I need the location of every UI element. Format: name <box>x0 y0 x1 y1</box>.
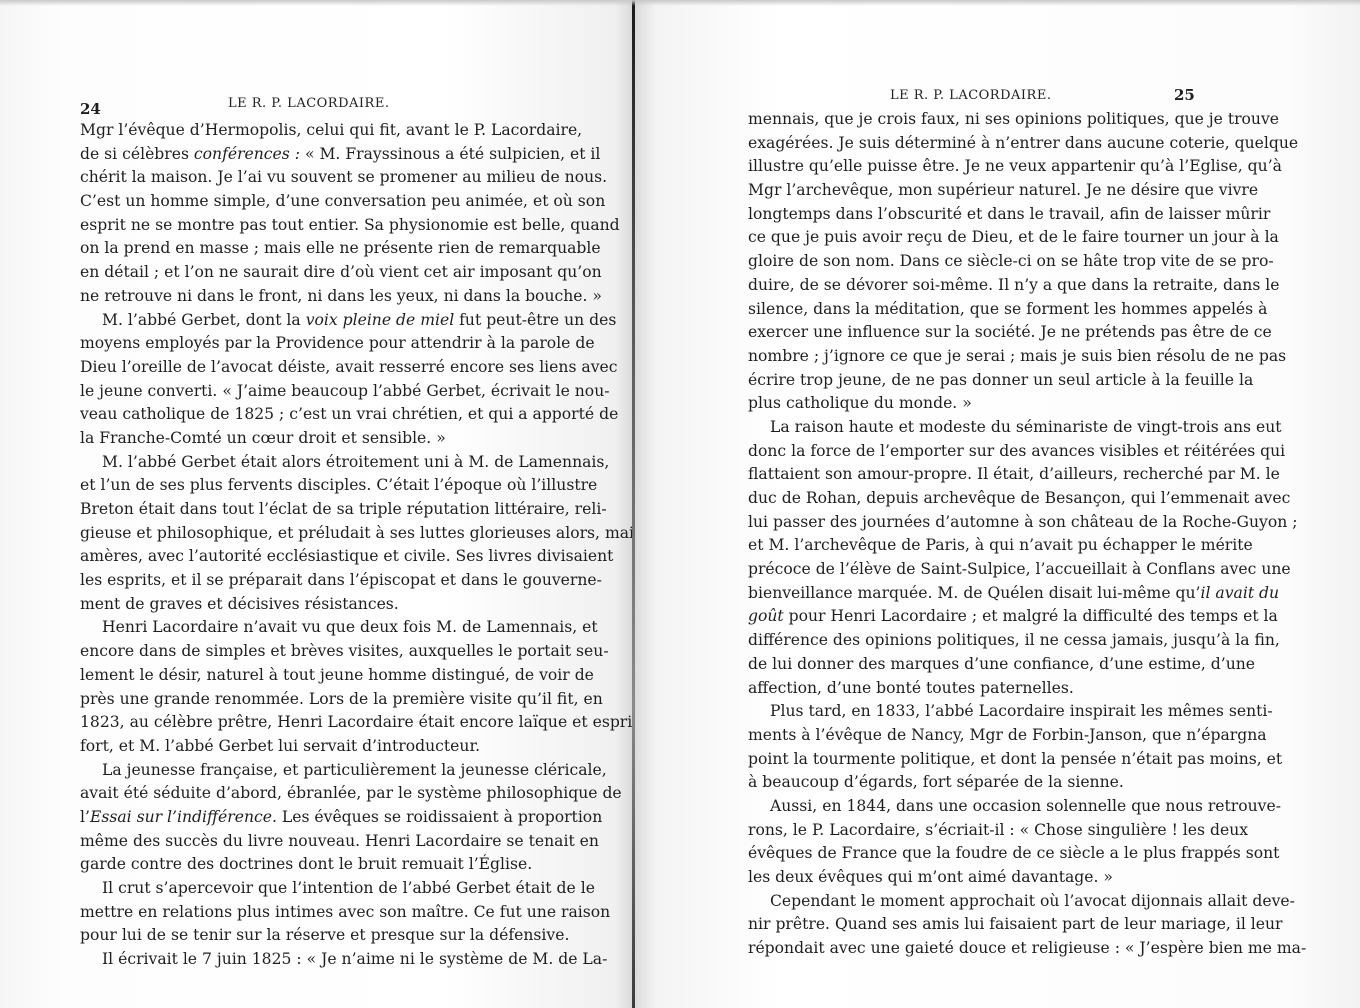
text-line: La raison haute et modeste du séminarist… <box>748 416 1196 440</box>
text-line: écrire trop jeune, de ne pas donner un s… <box>748 369 1196 393</box>
book-gutter <box>632 0 635 1008</box>
text-line: La jeunesse française, et particulièreme… <box>80 759 535 783</box>
text-line: Henri Lacordaire n’avait vu que deux foi… <box>80 616 535 640</box>
page-body-text: Mgr l’évêque d’Hermopolis, celui qui fit… <box>80 119 535 972</box>
text-line: ment de graves et décisives résistances. <box>80 593 535 617</box>
text-line: en détail ; et l’on ne saurait dire d’où… <box>80 261 535 285</box>
text-line: exercer une influence sur la société. Je… <box>748 321 1196 345</box>
text-line: Aussi, en 1844, dans une occasion solenn… <box>748 795 1196 819</box>
text-line: Plus tard, en 1833, l’abbé Lacordaire in… <box>748 700 1196 724</box>
text-line: amères, avec l’autorité ecclésiastique e… <box>80 545 535 569</box>
text-line: répondait avec une gaieté douce et relig… <box>748 937 1196 961</box>
text-line: flattaient son amour-propre. Il était, d… <box>748 463 1196 487</box>
text-line: la Franche-Comté un cœur droit et sensib… <box>80 427 535 451</box>
text-line: pour lui de se tenir sur la réserve et p… <box>80 924 535 948</box>
text-line: veau catholique de 1825 ; c’est un vrai … <box>80 403 535 427</box>
text-line: esprit ne se montre pas tout entier. Sa … <box>80 214 535 238</box>
page-body-text: mennais, que je crois faux, ni ses opini… <box>748 108 1196 961</box>
text-line: Cependant le moment approchait où l’avoc… <box>748 890 1196 914</box>
text-line: silence, dans la méditation, que se form… <box>748 298 1196 322</box>
text-line: nir prêtre. Quand ses amis lui faisaient… <box>748 913 1196 937</box>
text-line: fort, et M. l’abbé Gerbet lui servait d’… <box>80 735 535 759</box>
text-line: et M. l’archevêque de Paris, à qui n’ava… <box>748 534 1196 558</box>
text-line: M. l’abbé Gerbet était alors étroitement… <box>80 451 535 475</box>
text-line: près une grande renommée. Lors de la pre… <box>80 688 535 712</box>
text-line: plus catholique du monde. » <box>748 392 1196 416</box>
text-line: exagérées. Je suis déterminé à n’entrer … <box>748 132 1196 156</box>
text-line: chérit la maison. Je l’ai vu souvent se … <box>80 166 535 190</box>
text-line: rons, le P. Lacordaire, s’écriait-il : «… <box>748 819 1196 843</box>
text-line: de si célèbres conférences : « M. Frayss… <box>80 143 535 167</box>
text-line: l’Essai sur l’indifférence. Les évêques … <box>80 806 535 830</box>
text-line: goût pour Henri Lacordaire ; et malgré l… <box>748 605 1196 629</box>
text-line: les deux évêques qui m’ont aimé davantag… <box>748 866 1196 890</box>
text-line: garde contre des doctrines dont le bruit… <box>80 853 535 877</box>
text-line: Breton était dans tout l’éclat de sa tri… <box>80 498 535 522</box>
text-line: duc de Rohan, depuis archevêque de Besan… <box>748 487 1196 511</box>
running-head: LE R. P. LACORDAIRE. <box>228 96 389 111</box>
text-line: gieuse et philosophique, et préludait à … <box>80 522 535 546</box>
text-line: longtemps dans l’obscurité et dans le tr… <box>748 203 1196 227</box>
text-line: nombre ; j’ignore ce que je serai ; mais… <box>748 345 1196 369</box>
text-line: différence des opinions politiques, il n… <box>748 629 1196 653</box>
text-line: et l’un de ses plus fervents disciples. … <box>80 474 535 498</box>
text-line: on la prend en masse ; mais elle ne prés… <box>80 237 535 261</box>
text-line: lui passer des journées d’automne à son … <box>748 511 1196 535</box>
left-page: 24 LE R. P. LACORDAIRE. Mgr l’évêque d’H… <box>0 0 634 1008</box>
text-line: 1823, au célèbre prêtre, Henri Lacordair… <box>80 711 535 735</box>
text-line: même des succès du livre nouveau. Henri … <box>80 830 535 854</box>
text-line: lement le désir, naturel à tout jeune ho… <box>80 664 535 688</box>
running-head: LE R. P. LACORDAIRE. <box>890 88 1051 103</box>
text-line: évêques de France que la foudre de ce si… <box>748 842 1196 866</box>
text-line: à beaucoup d’égards, fort séparée de la … <box>748 771 1196 795</box>
text-line: Il crut s’apercevoir que l’intention de … <box>80 877 535 901</box>
text-line: ne retrouve ni dans le front, ni dans le… <box>80 285 535 309</box>
text-line: Dieu l’oreille de l’avocat déiste, avait… <box>80 356 535 380</box>
scan-edge-shadow <box>0 0 1360 6</box>
text-line: M. l’abbé Gerbet, dont la voix pleine de… <box>80 309 535 333</box>
text-line: le jeune converti. « J’aime beaucoup l’a… <box>80 380 535 404</box>
text-line: les esprits, et il se préparait dans l’é… <box>80 569 535 593</box>
page-number: 25 <box>1174 86 1195 104</box>
text-line: Il écrivait le 7 juin 1825 : « Je n’aime… <box>80 948 535 972</box>
text-line: avait été séduite d’abord, ébranlée, par… <box>80 782 535 806</box>
book-spread: 24 LE R. P. LACORDAIRE. Mgr l’évêque d’H… <box>0 0 1360 1008</box>
text-line: de lui donner des marques d’une confianc… <box>748 653 1196 677</box>
text-line: gloire de son nom. Dans ce siècle-ci on … <box>748 250 1196 274</box>
text-line: moyens employés par la Providence pour a… <box>80 332 535 356</box>
text-line: Mgr l’évêque d’Hermopolis, celui qui fit… <box>80 119 535 143</box>
text-line: mettre en relations plus intimes avec so… <box>80 901 535 925</box>
text-line: duire, de se dévorer soi-même. Il n’y a … <box>748 274 1196 298</box>
text-line: ce que je puis avoir reçu de Dieu, et de… <box>748 226 1196 250</box>
right-page: LE R. P. LACORDAIRE. 25 mennais, que je … <box>634 0 1360 1008</box>
text-line: illustre qu’elle puisse être. Je ne veux… <box>748 155 1196 179</box>
text-line: ments à l’évêque de Nancy, Mgr de Forbin… <box>748 724 1196 748</box>
text-line: point la tourmente politique, et dont la… <box>748 748 1196 772</box>
text-line: précoce de l’élève de Saint-Sulpice, l’a… <box>748 558 1196 582</box>
text-line: affection, d’une bonté toutes paternelle… <box>748 677 1196 701</box>
text-line: bienveillance marquée. M. de Quélen disa… <box>748 582 1196 606</box>
text-line: C’est un homme simple, d’une conversatio… <box>80 190 535 214</box>
text-line: encore dans de simples et brèves visites… <box>80 640 535 664</box>
page-number: 24 <box>80 100 101 118</box>
text-line: mennais, que je crois faux, ni ses opini… <box>748 108 1196 132</box>
text-line: donc la force de l’emporter sur des avan… <box>748 440 1196 464</box>
text-line: Mgr l’archevêque, mon supérieur naturel.… <box>748 179 1196 203</box>
